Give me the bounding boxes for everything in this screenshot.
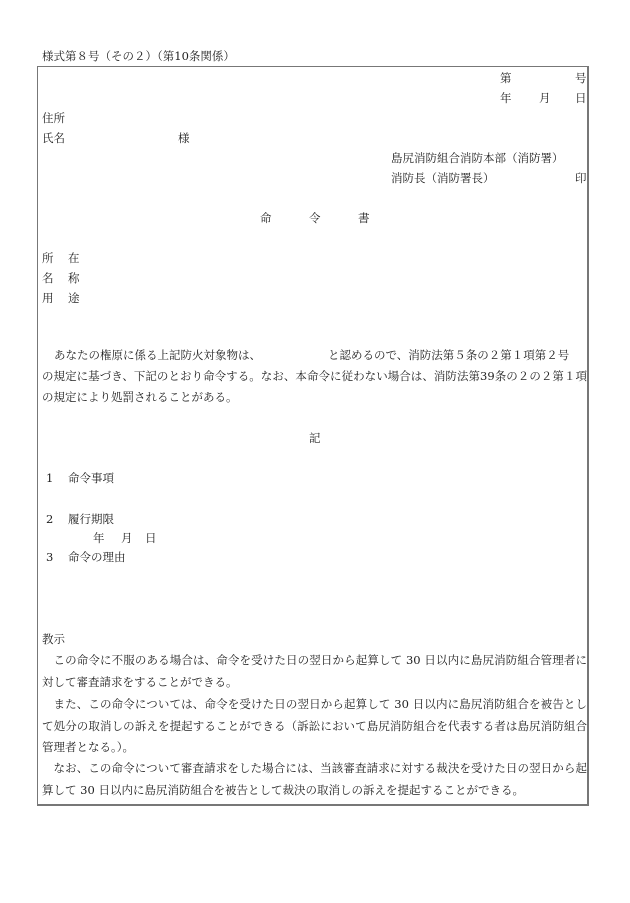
item-2-num: 2 bbox=[46, 511, 53, 527]
instruction-para-1: この命令に不服のある場合は、命令を受けた日の翌日から起算して 30 日以内に島尻… bbox=[42, 650, 587, 693]
name-label: 氏名 bbox=[42, 130, 65, 146]
deadline-day: 日 bbox=[145, 530, 157, 546]
address-label: 住所 bbox=[42, 110, 65, 126]
number-prefix: 第 bbox=[500, 70, 512, 86]
date-day: 日 bbox=[575, 90, 587, 106]
instruction-para-3: なお、この命令について審査請求をした場合には、当該審査請求に対する裁決を受けた日… bbox=[42, 758, 587, 801]
date-month: 月 bbox=[539, 90, 551, 106]
item-1-num: 1 bbox=[46, 470, 53, 486]
date-year: 年 bbox=[500, 90, 512, 106]
title-char-3: 書 bbox=[358, 210, 370, 226]
form-caption: 様式第８号（その２）（第10条関係） bbox=[42, 48, 235, 64]
item-3-label: 命令の理由 bbox=[68, 549, 126, 565]
title-char-2: 令 bbox=[309, 210, 321, 226]
instruction-heading: 教示 bbox=[42, 631, 65, 647]
body-line1-a: あなたの権原に係る上記防火対象物は、 bbox=[54, 347, 261, 363]
field-use-b: 途 bbox=[68, 290, 80, 306]
seal-mark: 印 bbox=[575, 170, 587, 186]
field-name-a: 名 bbox=[42, 270, 54, 286]
body-rest: の規定に基づき、下記のとおり命令する。なお、本命令に従わない場合は、消防法第39… bbox=[42, 366, 587, 408]
deadline-year: 年 bbox=[93, 530, 105, 546]
item-3-num: 3 bbox=[46, 549, 53, 565]
instruction-para-2: また、この命令については、命令を受けた日の翌日から起算して 30 日以内に島尻消… bbox=[42, 694, 587, 759]
field-name-b: 称 bbox=[68, 270, 80, 286]
title-char-1: 命 bbox=[260, 210, 272, 226]
deadline-month: 月 bbox=[121, 530, 133, 546]
number-suffix: 号 bbox=[575, 70, 587, 86]
body-line1-b: と認めるので、消防法第５条の２第１項第２号 bbox=[328, 347, 569, 363]
ki-label: 記 bbox=[309, 430, 321, 446]
field-location-a: 所 bbox=[42, 250, 54, 266]
item-2-label: 履行期限 bbox=[68, 511, 114, 527]
item-1-label: 命令事項 bbox=[68, 470, 114, 486]
honorific: 様 bbox=[178, 130, 190, 146]
issuer-title: 消防長（消防署長） bbox=[391, 170, 495, 186]
field-use-a: 用 bbox=[42, 290, 54, 306]
issuer-organization: 島尻消防組合消防本部（消防署） bbox=[391, 150, 564, 166]
field-location-b: 在 bbox=[68, 250, 80, 266]
